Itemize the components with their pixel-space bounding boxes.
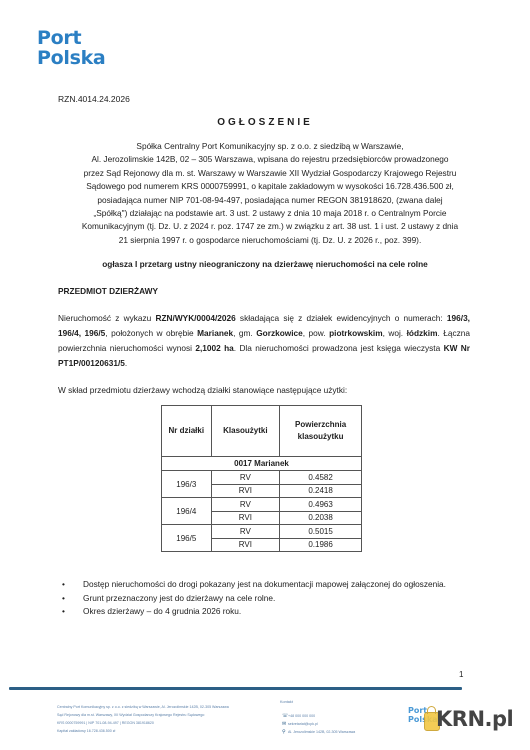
footer-contact-title: Kontakt [280, 700, 293, 704]
text: , gm. [233, 328, 256, 338]
intro-line: Sądowego pod numerem KRS 0000759991, o k… [62, 180, 478, 193]
plot-number-cell: 196/5 [162, 525, 212, 552]
header-class-area: Powierzchnia klasoużytku [280, 406, 362, 457]
intro-line: Spółka Centralny Port Komunikacyjny sp. … [62, 140, 478, 153]
intro-line: 21 sierpnia 1997 r. o gospodarce nieruch… [62, 234, 478, 247]
land-class-cell: RV [211, 471, 280, 485]
class-area-cell: 0.5015 [280, 525, 362, 539]
county: piotrkowskim [329, 328, 382, 338]
footer-line: Centralny Port Komunikacyjny sp. z o.o. … [57, 703, 229, 711]
intro-line: Komunikacyjnym (tj. Dz. U. z 2024 r. poz… [62, 220, 478, 233]
text: . Dla nieruchomości prowadzona jest księ… [234, 343, 444, 353]
table-section-precinct: 0017 Marianek [162, 457, 362, 471]
header-plot-number: Nr działki [162, 406, 212, 457]
bullet-icon: • [62, 605, 65, 619]
logo-line-2: Polska [37, 48, 105, 68]
class-area-cell: 0.2038 [280, 511, 362, 525]
list-number: RZN/WYK/0004/2026 [155, 313, 235, 323]
address-text: Al. Jerozolimskie 142B, 02-305 Warszawa [288, 730, 355, 734]
footer-contact-address: ⚲Al. Jerozolimskie 142B, 02-305 Warszawa [282, 728, 355, 736]
plot-number-cell: 196/3 [162, 471, 212, 498]
intro-paragraph: Spółka Centralny Port Komunikacyjny sp. … [62, 140, 478, 247]
text: . [125, 358, 127, 368]
land-class-cell: RVI [211, 484, 280, 498]
footer-contact-email: ✉sekretariat@cpk.pl [282, 720, 355, 728]
announcement-line: ogłasza I przetarg ustny nieograniczony … [0, 259, 530, 269]
reference-number: RZN.4014.24.2026 [58, 94, 130, 104]
land-class-cell: RVI [211, 511, 280, 525]
plot-number-cell: 196/4 [162, 498, 212, 525]
bullet-icon: • [62, 578, 65, 592]
class-area-cell: 0.2418 [280, 484, 362, 498]
land-class-cell: RV [211, 498, 280, 512]
intro-line: przez Sąd Rejonowy dla m. st. Warszawy w… [62, 167, 478, 180]
text: Nieruchomość z wykazu [58, 313, 155, 323]
table-intro: W skład przedmiotu dzierżawy wchodzą dzi… [58, 385, 347, 395]
bullet-item: •Okres dzierżawy – do 4 grudnia 2026 rok… [58, 605, 478, 619]
voivodeship: łódzkim [407, 328, 438, 338]
bullet-item: •Grunt przeznaczony jest do dzierżawy na… [58, 592, 478, 606]
table-row: 196/3RV0.4582 [162, 471, 362, 485]
footer-contacts: ☏+48 000 000 000 ✉sekretariat@cpk.pl ⚲Al… [282, 712, 355, 736]
precinct: Marianek [197, 328, 233, 338]
footer-line: Sąd Rejonowy dla m.st. Warszawy, XII Wyd… [57, 711, 229, 719]
section-title: PRZEDMIOT DZIERŻAWY [58, 286, 158, 296]
bullet-item: •Dostęp nieruchomości do drogi pokazany … [58, 578, 478, 592]
intro-line: Al. Jerozolimskie 142B, 02 – 305 Warszaw… [62, 153, 478, 166]
footer-contact-phone: ☏+48 000 000 000 [282, 712, 355, 720]
property-description: Nieruchomość z wykazu RZN/WYK/0004/2026 … [58, 311, 470, 371]
bullet-text: Okres dzierżawy – do 4 grudnia 2026 roku… [83, 606, 241, 616]
document-title: OGŁOSZENIE [0, 117, 530, 128]
phone-text: +48 000 000 000 [288, 714, 315, 718]
email-text: sekretariat@cpk.pl [288, 722, 318, 726]
footer-line: KRS 0000759991 | NIP 701-08-94-497 | REG… [57, 719, 229, 727]
bullet-icon: • [62, 592, 65, 606]
footer-line: Kapitał zakładowy 16.728.436.500 zł [57, 727, 229, 735]
total-area: 2,1002 ha [195, 343, 233, 353]
text: składająca się z działek ewidencyjnych o… [236, 313, 447, 323]
class-area-cell: 0.1986 [280, 538, 362, 552]
port-polska-logo: Port Polska [37, 28, 105, 68]
header-land-class: Klasoużytki [211, 406, 280, 457]
text: , woj. [383, 328, 407, 338]
class-area-cell: 0.4963 [280, 498, 362, 512]
land-class-cell: RVI [211, 538, 280, 552]
text: , położonych w obrębie [105, 328, 197, 338]
bullet-text: Dostęp nieruchomości do drogi pokazany j… [83, 579, 446, 589]
table-row: 196/5RV0.5015 [162, 525, 362, 539]
table-row: 196/4RV0.4963 [162, 498, 362, 512]
footer-company-info: Centralny Port Komunikacyjny sp. z o.o. … [57, 703, 229, 735]
page-number: 1 [459, 670, 463, 679]
land-use-table: Nr działki Klasoużytki Powierzchnia klas… [161, 405, 362, 552]
logo-line-1: Port [37, 28, 105, 48]
footer-divider [9, 687, 462, 690]
intro-line: posiadająca numer NIP 701-08-94-497, pos… [62, 194, 478, 207]
krn-watermark: KRN.pl [436, 707, 513, 731]
bullet-text: Grunt przeznaczony jest do dzierżawy na … [83, 593, 275, 603]
commune: Gorzkowice [256, 328, 303, 338]
intro-line: „Spółką") działając na podstawie art. 3 … [62, 207, 478, 220]
text: , pow. [303, 328, 329, 338]
land-class-cell: RV [211, 525, 280, 539]
class-area-cell: 0.4582 [280, 471, 362, 485]
bullet-list: •Dostęp nieruchomości do drogi pokazany … [58, 578, 478, 619]
